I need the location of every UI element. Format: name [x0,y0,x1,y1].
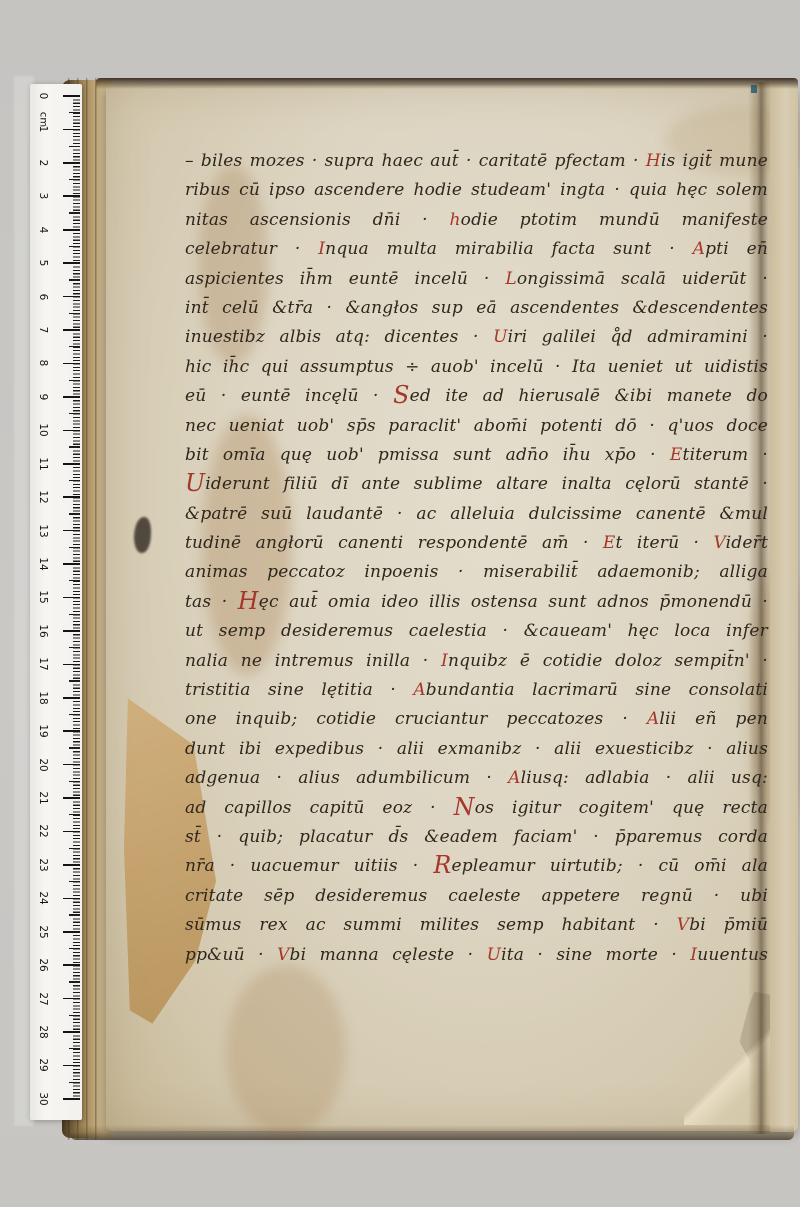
manuscript-line: sūmus rex ac summi milites semp habitant… [185,911,768,940]
manuscript-line: tas · Hęc aut̄ omia ideo illis ostensa s… [185,588,768,617]
manuscript-line: aspicientes ih̄m euntē incelū · Longissi… [185,265,768,294]
ruler-half-cm-tick [69,179,80,180]
ink-text: aspicientes ih̄m euntē incelū · [185,269,505,289]
ink-text: liusq: adlabia · alii usq: [521,768,768,788]
ruler-half-cm-tick [69,279,80,280]
manuscript-line: bit omīa quę uob' pmissa sunt adn̄o ih̄u… [185,441,768,470]
ruler-half-cm-tick [69,781,80,782]
ink-blot [134,517,151,553]
manuscript-line: nalia ne intremus inilla · Inquibz ē cot… [185,647,768,676]
book-bottom-edge [70,1125,794,1140]
ink-text: critate sēp desideremus caeleste appeter… [185,886,768,906]
ruler-half-cm-tick [69,313,80,314]
ruler-cm-tick [63,430,80,432]
ruler-half-cm-tick [69,413,80,414]
manuscript-line: animas peccatoz inpoenis · miserabilit̄ … [185,558,768,587]
rubric-initial: A [647,709,659,729]
rubric-initial: h [450,210,461,230]
ink-text: is igit̄ mune [661,151,768,171]
ruler-cm-tick [63,262,80,264]
ruler-half-cm-tick [69,981,80,982]
ruler-cm-tick [63,931,80,933]
ruler-number: 28 [37,1024,49,1040]
rubric-initial: A [413,680,425,700]
ink-text: &patrē suū laudantē · ac alleluia dulcis… [185,504,768,524]
manuscript-line: tudinē angłorū canenti respondentē am̄ ·… [185,529,768,558]
ruler-cm-tick [63,296,80,298]
ruler-cm-tick [63,195,80,197]
ruler-cm-tick [63,363,80,365]
manuscript-line: adgenua · alius adumbilicum · Aliusq: ad… [185,764,768,793]
ruler-cm-tick [63,864,80,866]
ruler-number: 2 [37,155,49,171]
ink-text: one inquib; cotidie cruciantur peccatoze… [185,709,647,729]
ink-text: st̄ · quib; placatur d̄s &eadem faciam' … [185,827,768,847]
manuscript-line: dunt ibi expedibus · alii exmanibz · ali… [185,735,768,764]
ruler-cm-tick [63,329,80,331]
ruler-cm-tick [63,797,80,799]
ink-text: uuentus [697,945,768,965]
ruler-cm-tick [63,697,80,699]
ruler-number: 6 [37,289,49,305]
manuscript-line: eū · euntē incęlū · Sed ite ad hierusalē… [185,382,768,411]
ruler-half-cm-tick [69,1015,80,1016]
ruler-number: 18 [37,690,49,706]
ruler-cm-tick [63,95,80,97]
ruler-number: 12 [37,489,49,505]
ruler-half-cm-tick [69,914,80,915]
ruler-cm-tick [63,1065,80,1067]
ruler-number: 26 [37,957,49,973]
rubric-initial: S [393,381,410,409]
ruler-cm-tick [63,898,80,900]
ruler-half-cm-tick [69,580,80,581]
next-page-edge [770,84,798,1132]
ink-text: ad capillos capitū eoz · [185,798,454,818]
ruler-cm-tick [63,597,80,599]
ruler-number: 8 [37,355,49,371]
ruler-number: 22 [37,823,49,839]
ruler-number: 25 [37,924,49,940]
ruler-number: 9 [37,389,49,405]
ruler-number: 21 [37,790,49,806]
ink-text: t iterū · [616,533,714,553]
ruler-cm-tick [63,563,80,565]
ruler-cm-tick [63,129,80,131]
ruler-half-cm-tick [69,881,80,882]
ruler-cm-tick [63,463,80,465]
manuscript-line: – biles mozes · supra haec aut̄ · carita… [185,147,768,176]
ruler-number: 27 [37,991,49,1007]
manuscript-line: nitas ascensionis dn̄i · hodie ptotim mu… [185,206,768,235]
rubric-initial: U [487,945,502,965]
rubric-initial: V [713,533,725,553]
ink-text: ęc aut̄ omia ideo illis ostensa sunt adn… [259,592,768,612]
ruler-number: 4 [37,222,49,238]
ink-text: nec ueniat uob' sp̄s paraclit' abom̄i po… [185,416,768,436]
rubric-initial: A [693,239,705,259]
ink-text: ita · sine morte · [501,945,690,965]
ruler-cm-tick [63,964,80,966]
manuscript-line: nec ueniat uob' sp̄s paraclit' abom̄i po… [185,412,768,441]
ruler-half-cm-tick [69,112,80,113]
ink-text: eū · euntē incęlū · [185,386,393,406]
rubric-initial: L [505,269,517,289]
manuscript-line: tristitia sine lętitia · Abundantia lacr… [185,676,768,705]
ink-text: os igitur cogitem' quę recta [475,798,768,818]
rubric-initial: V [277,945,289,965]
ruler-half-cm-tick [69,212,80,213]
ink-text: nalia ne intremus inilla · [185,651,441,671]
rubric-initial: N [454,793,475,821]
ink-text: sūmus rex ac summi milites semp habitant… [185,915,677,935]
ink-text: nr̄a · uacuemur uitiis · [185,856,433,876]
manuscript-line: ribus cū ipso ascendere hodie studeam' i… [185,176,768,205]
centimeter-ruler: cm 0123456789101112131415161718192021222… [30,84,82,1120]
ruler-half-cm-tick [69,714,80,715]
ruler-number: 20 [37,757,49,773]
manuscript-line: st̄ · quib; placatur d̄s &eadem faciam' … [185,823,768,852]
ruler-half-cm-tick [69,647,80,648]
ruler-number: 23 [37,857,49,873]
ink-text: adgenua · alius adumbilicum · [185,768,508,788]
ruler-half-cm-tick [69,480,80,481]
ruler-half-cm-tick [69,446,80,447]
ink-text: hic ih̄c qui assumptus ÷ auob' incelū · … [185,357,768,377]
ink-text: tudinē angłorū canenti respondentē am̄ · [185,533,603,553]
ruler-half-cm-tick [69,747,80,748]
ink-text: nquibz ē cotidie doloz sempit̄n' · [448,651,768,671]
manuscript-line: int̄ celū &tr̄a · &angłos sup eā ascende… [185,294,768,323]
rubric-initial: U [493,327,508,347]
ruler-number: 30 [37,1091,49,1107]
ruler-half-cm-tick [69,246,80,247]
rubric-initial: E [670,445,683,465]
manuscript-line: pp&uū · Vbi manna cęleste · Uita · sine … [185,941,768,970]
manuscript-line: &patrē suū laudantē · ac alleluia dulcis… [185,500,768,529]
ruler-cm-tick [63,396,80,398]
ink-text: iderunt filiū dī ante sublime altare ina… [205,474,768,494]
ruler-half-cm-tick [69,814,80,815]
ink-text: ed ite ad hierusalē &ibi manete do [410,386,768,406]
ruler-half-cm-tick [69,146,80,147]
ruler-number: 3 [37,188,49,204]
ruler-cm-tick [63,162,80,164]
ruler-number: 24 [37,890,49,906]
ink-text: – biles mozes · supra haec aut̄ · carita… [185,151,646,171]
rubric-initial: R [433,851,451,879]
rubric-initial: H [238,587,259,615]
ink-text: tristitia sine lętitia · [185,680,413,700]
manuscript-line: ut semp desideremus caelestia · &caueam'… [185,617,768,646]
ruler-cm-tick [63,764,80,766]
rubric-initial: A [508,768,520,788]
ink-text: ider̄t [726,533,768,553]
ink-text: pp&uū · [185,945,277,965]
ruler-number: 15 [37,589,49,605]
ink-text: pti en̄ [705,239,768,259]
ruler-cm-tick [63,664,80,666]
ruler-cm-tick [63,998,80,1000]
ink-text: nqua multa mirabilia facta sunt · [325,239,692,259]
ink-text: bit omīa quę uob' pmissa sunt adn̄o ih̄u… [185,445,670,465]
ink-text: ut semp desideremus caelestia · &caueam'… [185,621,768,641]
ruler-cm-tick [63,730,80,732]
text-block: – biles mozes · supra haec aut̄ · carita… [185,147,768,970]
ink-text: inuestibz albis atq: dicentes · [185,327,493,347]
ruler-number: 13 [37,523,49,539]
ruler-half-cm-tick [69,380,80,381]
ruler-number: 5 [37,255,49,271]
ruler-cm-tick [63,630,80,632]
ink-text: bi p̄miū [689,915,768,935]
ink-text: nitas ascensionis dn̄i · [185,210,450,230]
ruler-cm-tick [63,831,80,833]
ruler-half-cm-tick [69,1082,80,1083]
ink-text: bundantia lacrimarū sine consolati [426,680,768,700]
ink-text: titerum · [683,445,768,465]
manuscript-line: nr̄a · uacuemur uitiis · Repleamur uirtu… [185,852,768,881]
parchment-stain [226,965,346,1135]
ruler-number: 14 [37,556,49,572]
ruler-cm-tick [63,1031,80,1033]
ruler-half-cm-tick [69,346,80,347]
ink-text: celebratur · [185,239,318,259]
rubric-initial: I [441,651,448,671]
manuscript-line: one inquib; cotidie cruciantur peccatoze… [185,705,768,734]
ruler-half-cm-tick [69,680,80,681]
ruler-half-cm-tick [69,848,80,849]
ink-text: animas peccatoz inpoenis · miserabilit̄ … [185,562,768,582]
ruler-cm-tick [63,496,80,498]
book-top-edge [96,78,798,89]
manuscript-photo: – biles mozes · supra haec aut̄ · carita… [0,0,800,1207]
manuscript-line: hic ih̄c qui assumptus ÷ auob' incelū · … [185,353,768,382]
ruler-half-cm-tick [69,948,80,949]
ruler-cm-tick [63,229,80,231]
ruler-number: 10 [37,422,49,438]
ink-text: lii eñ pen [659,709,768,729]
ruler-cm-tick [63,1098,80,1100]
ink-text: dunt ibi expedibus · alii exmanibz · ali… [185,739,768,759]
ink-text: bi manna cęleste · [290,945,487,965]
ruler-cm-tick [63,530,80,532]
ink-text: ribus cū ipso ascendere hodie studeam' i… [185,180,768,200]
ruler-number: 17 [37,656,49,672]
rubric-initial: U [185,469,205,497]
ink-text: iri galilei q̊d admiramini · [508,327,768,347]
ruler-number: 1 [37,121,49,137]
ruler-number: 19 [37,723,49,739]
manuscript-line: critate sēp desideremus caeleste appeter… [185,882,768,911]
ruler-half-cm-tick [69,513,80,514]
manuscript-line: Uiderunt filiū dī ante sublime altare in… [185,470,768,499]
ink-text: epleamur uirtutib; · cū om̄i ala [452,856,768,876]
ruler-number: 0 [37,88,49,104]
ruler-number: 7 [37,322,49,338]
ink-text: ongissimā scalā uiderūt · [517,269,768,289]
ruler-half-cm-tick [69,547,80,548]
ruler-half-cm-tick [69,614,80,615]
rubric-initial: E [603,533,616,553]
manuscript-line: inuestibz albis atq: dicentes · Uiri gal… [185,323,768,352]
ink-text: tas · [185,592,238,612]
ruler-number: 16 [37,623,49,639]
ink-text: odie ptotim mundū manifeste [461,210,768,230]
ruler-half-cm-tick [69,1048,80,1049]
rubric-initial: H [646,151,661,171]
manuscript-line: celebratur · Inqua multa mirabilia facta… [185,235,768,264]
manuscript-line: ad capillos capitū eoz · Nos igitur cogi… [185,794,768,823]
ruler-number: 29 [37,1057,49,1073]
ink-text: int̄ celū &tr̄a · &angłos sup eā ascende… [185,298,768,318]
rubric-initial: V [677,915,689,935]
ruler-number: 11 [37,456,49,472]
